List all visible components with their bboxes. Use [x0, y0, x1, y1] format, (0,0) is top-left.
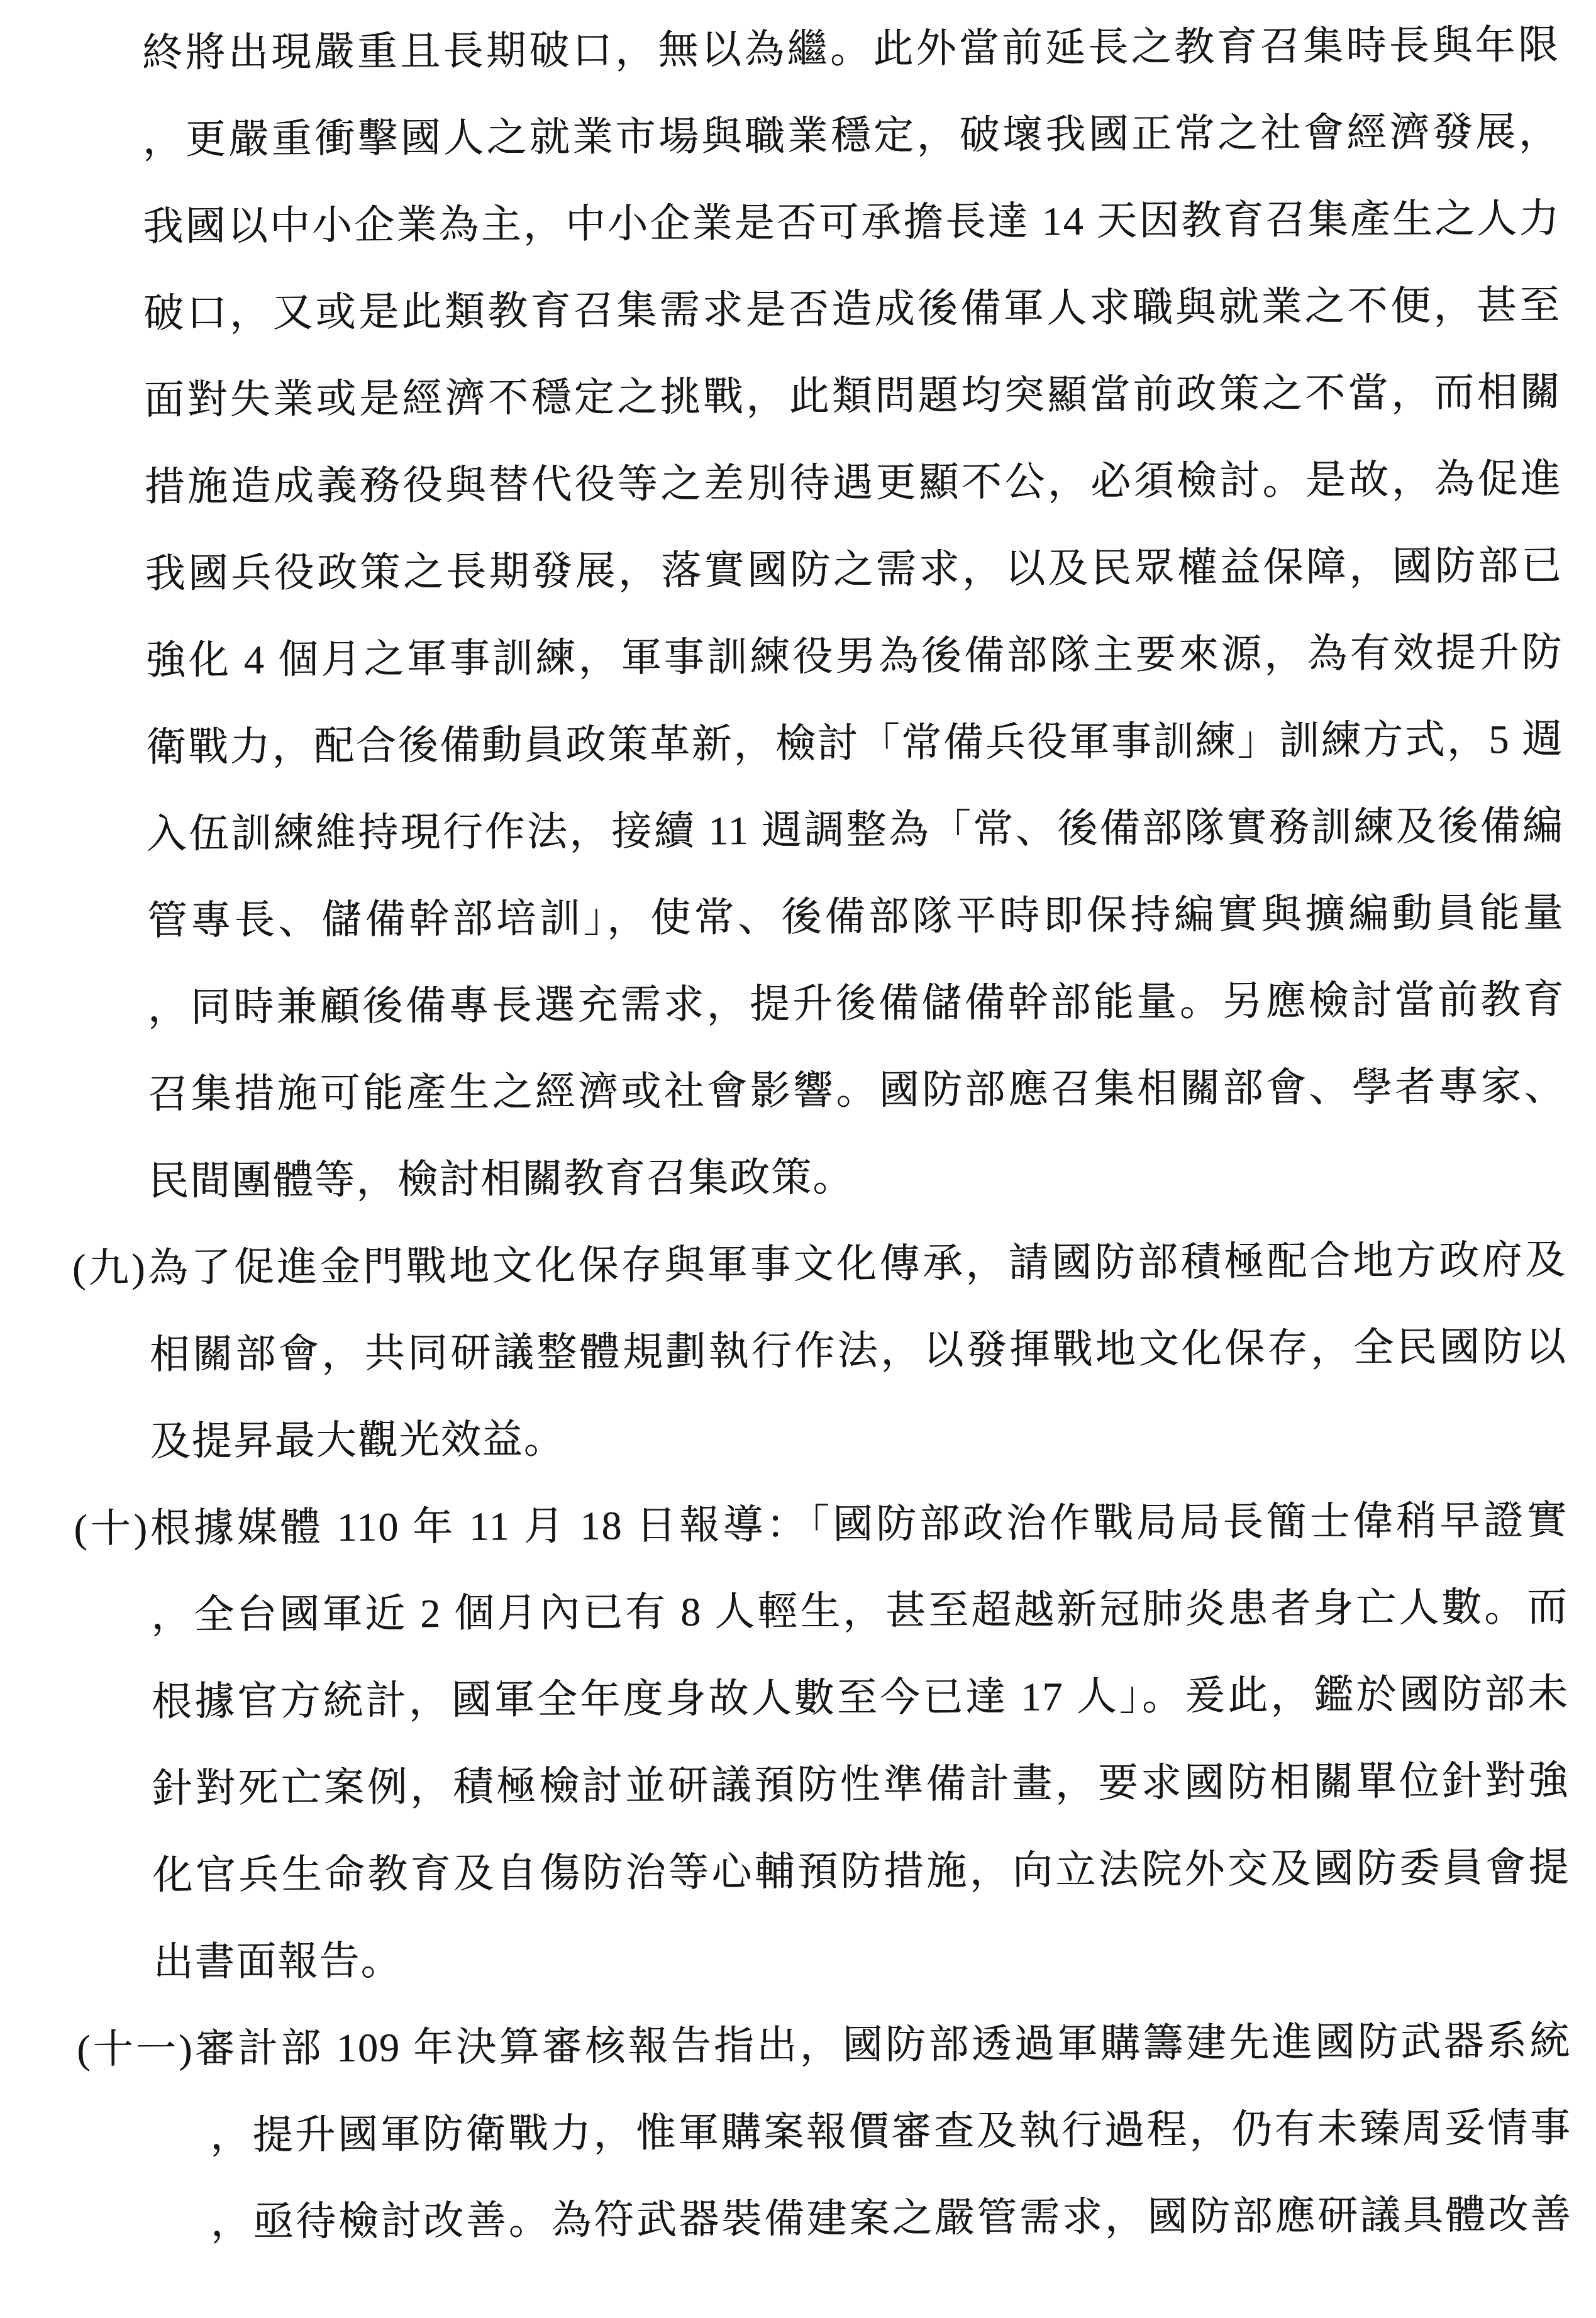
text-line: 針對死亡案例，積極檢討並研議預防性準備計畫，要求國防相關單位針對強: [152, 1738, 1570, 1833]
text-line: 破口，又或是此類教育召集需求是否造成後備軍人求職與就業之不便，甚至: [143, 262, 1561, 357]
text-line: 管專長、儲備幹部培訓」，使常、後備部隊平時即保持編實與擴編動員能量: [147, 870, 1565, 965]
text-line: (十)根據媒體 110 年 11 月 18 日報導：「國防部政治作戰局局長簡士偉…: [74, 1477, 1568, 1573]
text-line: 召集措施可能產生之經濟或社會影響。國防部應召集相關部會、學者專家、: [148, 1043, 1566, 1138]
text-line: 及提昇最大觀光效益。: [150, 1390, 1568, 1485]
text-line: ，同時兼顧後備專長選充需求，提升後備儲備幹部能量。另應檢討當前教育: [147, 957, 1565, 1051]
text-line: ，亟待檢討改善。為符武器裝備建案之嚴管需求，國防部應研議具體改善: [211, 2171, 1573, 2266]
text-line: ，提升國軍防衛戰力，惟軍購案報價審查及執行過程，仍有未臻周妥情事: [210, 2085, 1572, 2179]
text-line: 終將出現嚴重且長期破口，無以為繼。此外當前延長之教育召集時長與年限: [142, 2, 1560, 97]
text-line: ，更嚴重衝擊國人之就業市場與職業穩定，破壞我國正常之社會經濟發展，: [142, 89, 1560, 184]
text-line: 化官兵生命教育及自傷防治等心輔預防措施，向立法院外交及國防委員會提: [152, 1824, 1570, 1919]
text-line: ，全台國軍近 2 個月內已有 8 人輕生，甚至超越新冠肺炎患者身亡人數。而: [151, 1564, 1569, 1659]
text-line: 強化 4 個月之軍事訓練，軍事訓練役男為後備部隊主要來源，為有效提升防: [145, 609, 1563, 704]
text-line: 面對失業或是經濟不穩定之挑戰，此類問題均突顯當前政策之不當，而相關: [144, 349, 1562, 444]
document-text: 終將出現嚴重且長期破口，無以為繼。此外當前延長之教育召集時長與年限，更嚴重衝擊國…: [0, 1, 1596, 2267]
text-line: 衛戰力，配合後備動員政策革新，檢討「常備兵役軍事訓練」訓練方式，5 週: [146, 696, 1564, 791]
text-line: 入伍訓練維持現行作法，接續 11 週調整為「常、後備部隊實務訓練及後備編: [147, 783, 1565, 878]
text-line: 我國以中小企業為主，中小企業是否可承擔長達 14 天因教育召集產生之人力: [143, 175, 1561, 270]
text-line: 根據官方統計，國軍全年度身故人數至今已達 17 人」。爰此，鑑於國防部未: [152, 1651, 1570, 1746]
text-line: 措施造成義務役與替代役等之差別待遇更顯不公，必須檢討。是故，為促進: [145, 436, 1563, 531]
text-line: (九)為了促進金門戰地文化保存與軍事文化傳承，請國防部積極配合地方政府及: [72, 1217, 1567, 1312]
text-line: 我國兵役政策之長期發展，落實國防之需求，以及民眾權益保障，國防部已: [145, 523, 1563, 618]
text-line: 相關部會，共同研議整體規劃執行作法，以發揮戰地文化保存，全民國防以: [150, 1304, 1568, 1399]
scanned-page: 終將出現嚴重且長期破口，無以為繼。此外當前延長之教育召集時長與年限，更嚴重衝擊國…: [0, 0, 1596, 2318]
text-line: 出書面報告。: [153, 1911, 1571, 2006]
text-line: 民間團體等，檢討相關教育召集政策。: [148, 1130, 1566, 1225]
text-line: (十一)審計部 109 年決算審核報告指出，國防部透過軍購籌建先進國防武器系統: [77, 1998, 1571, 2093]
